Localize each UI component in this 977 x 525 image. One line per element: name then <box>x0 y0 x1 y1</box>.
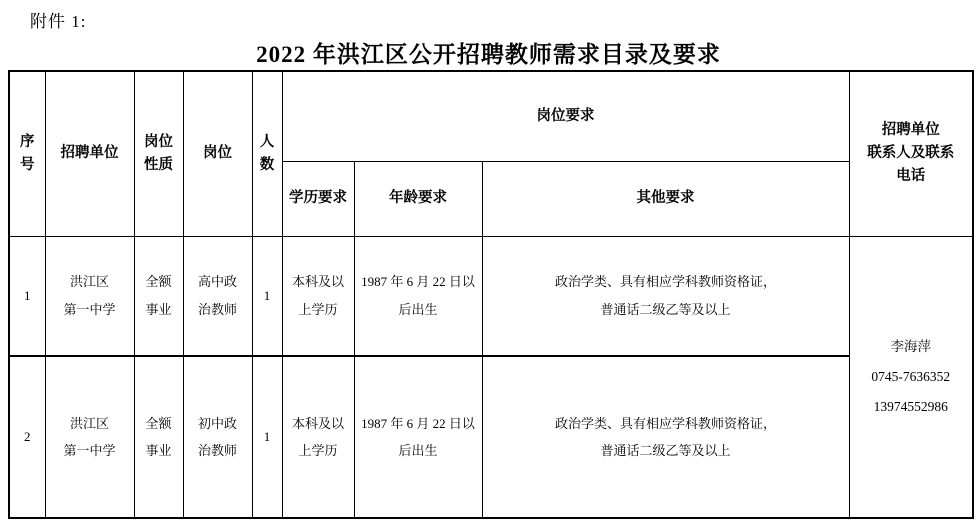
document-page: 附件 1: 2022 年洪江区公开招聘教师需求目录及要求 序 号 招聘单位 岗位… <box>0 0 977 525</box>
cell-age: 1987 年 6 月 22 日以 后出生 <box>354 236 482 356</box>
cell-nature: 全额 事业 <box>134 236 183 356</box>
table-row: 2 洪江区 第一中学 全额 事业 初中政 治教师 1 本科及以 上学历 1987… <box>9 356 973 518</box>
cell-nature: 全额 事业 <box>134 356 183 518</box>
cell-contact: 李海萍 0745-7636352 13974552986 <box>849 236 973 518</box>
header-requirements-group: 岗位要求 <box>282 71 849 161</box>
header-age: 年龄要求 <box>354 161 482 236</box>
attachment-label: 附件 1: <box>30 7 86 32</box>
header-seq: 序 号 <box>9 71 45 236</box>
header-other: 其他要求 <box>482 161 849 236</box>
recruitment-table: 序 号 招聘单位 岗位 性质 岗位 人 数 岗位要求 招聘单位 联系人及联系 电… <box>8 70 974 519</box>
header-nature: 岗位 性质 <box>134 71 183 236</box>
header-row-top: 序 号 招聘单位 岗位 性质 岗位 人 数 岗位要求 招聘单位 联系人及联系 电… <box>9 71 973 161</box>
cell-other: 政治学类、具有相应学科教师资格证， 普通话二级乙等及以上 <box>482 356 849 518</box>
table-row: 1 洪江区 第一中学 全额 事业 高中政 治教师 1 本科及以 上学历 1987… <box>9 236 973 356</box>
cell-seq: 1 <box>9 236 45 356</box>
cell-count: 1 <box>252 236 282 356</box>
header-unit: 招聘单位 <box>45 71 134 236</box>
cell-age: 1987 年 6 月 22 日以 后出生 <box>354 356 482 518</box>
cell-education: 本科及以 上学历 <box>282 356 354 518</box>
header-position: 岗位 <box>183 71 252 236</box>
header-education: 学历要求 <box>282 161 354 236</box>
cell-count: 1 <box>252 356 282 518</box>
header-contact: 招聘单位 联系人及联系 电话 <box>849 71 973 236</box>
header-count: 人 数 <box>252 71 282 236</box>
page-title: 2022 年洪江区公开招聘教师需求目录及要求 <box>0 36 977 69</box>
cell-seq: 2 <box>9 356 45 518</box>
cell-position: 高中政 治教师 <box>183 236 252 356</box>
cell-other: 政治学类、具有相应学科教师资格证， 普通话二级乙等及以上 <box>482 236 849 356</box>
cell-education: 本科及以 上学历 <box>282 236 354 356</box>
cell-unit: 洪江区 第一中学 <box>45 236 134 356</box>
cell-unit: 洪江区 第一中学 <box>45 356 134 518</box>
cell-position: 初中政 治教师 <box>183 356 252 518</box>
